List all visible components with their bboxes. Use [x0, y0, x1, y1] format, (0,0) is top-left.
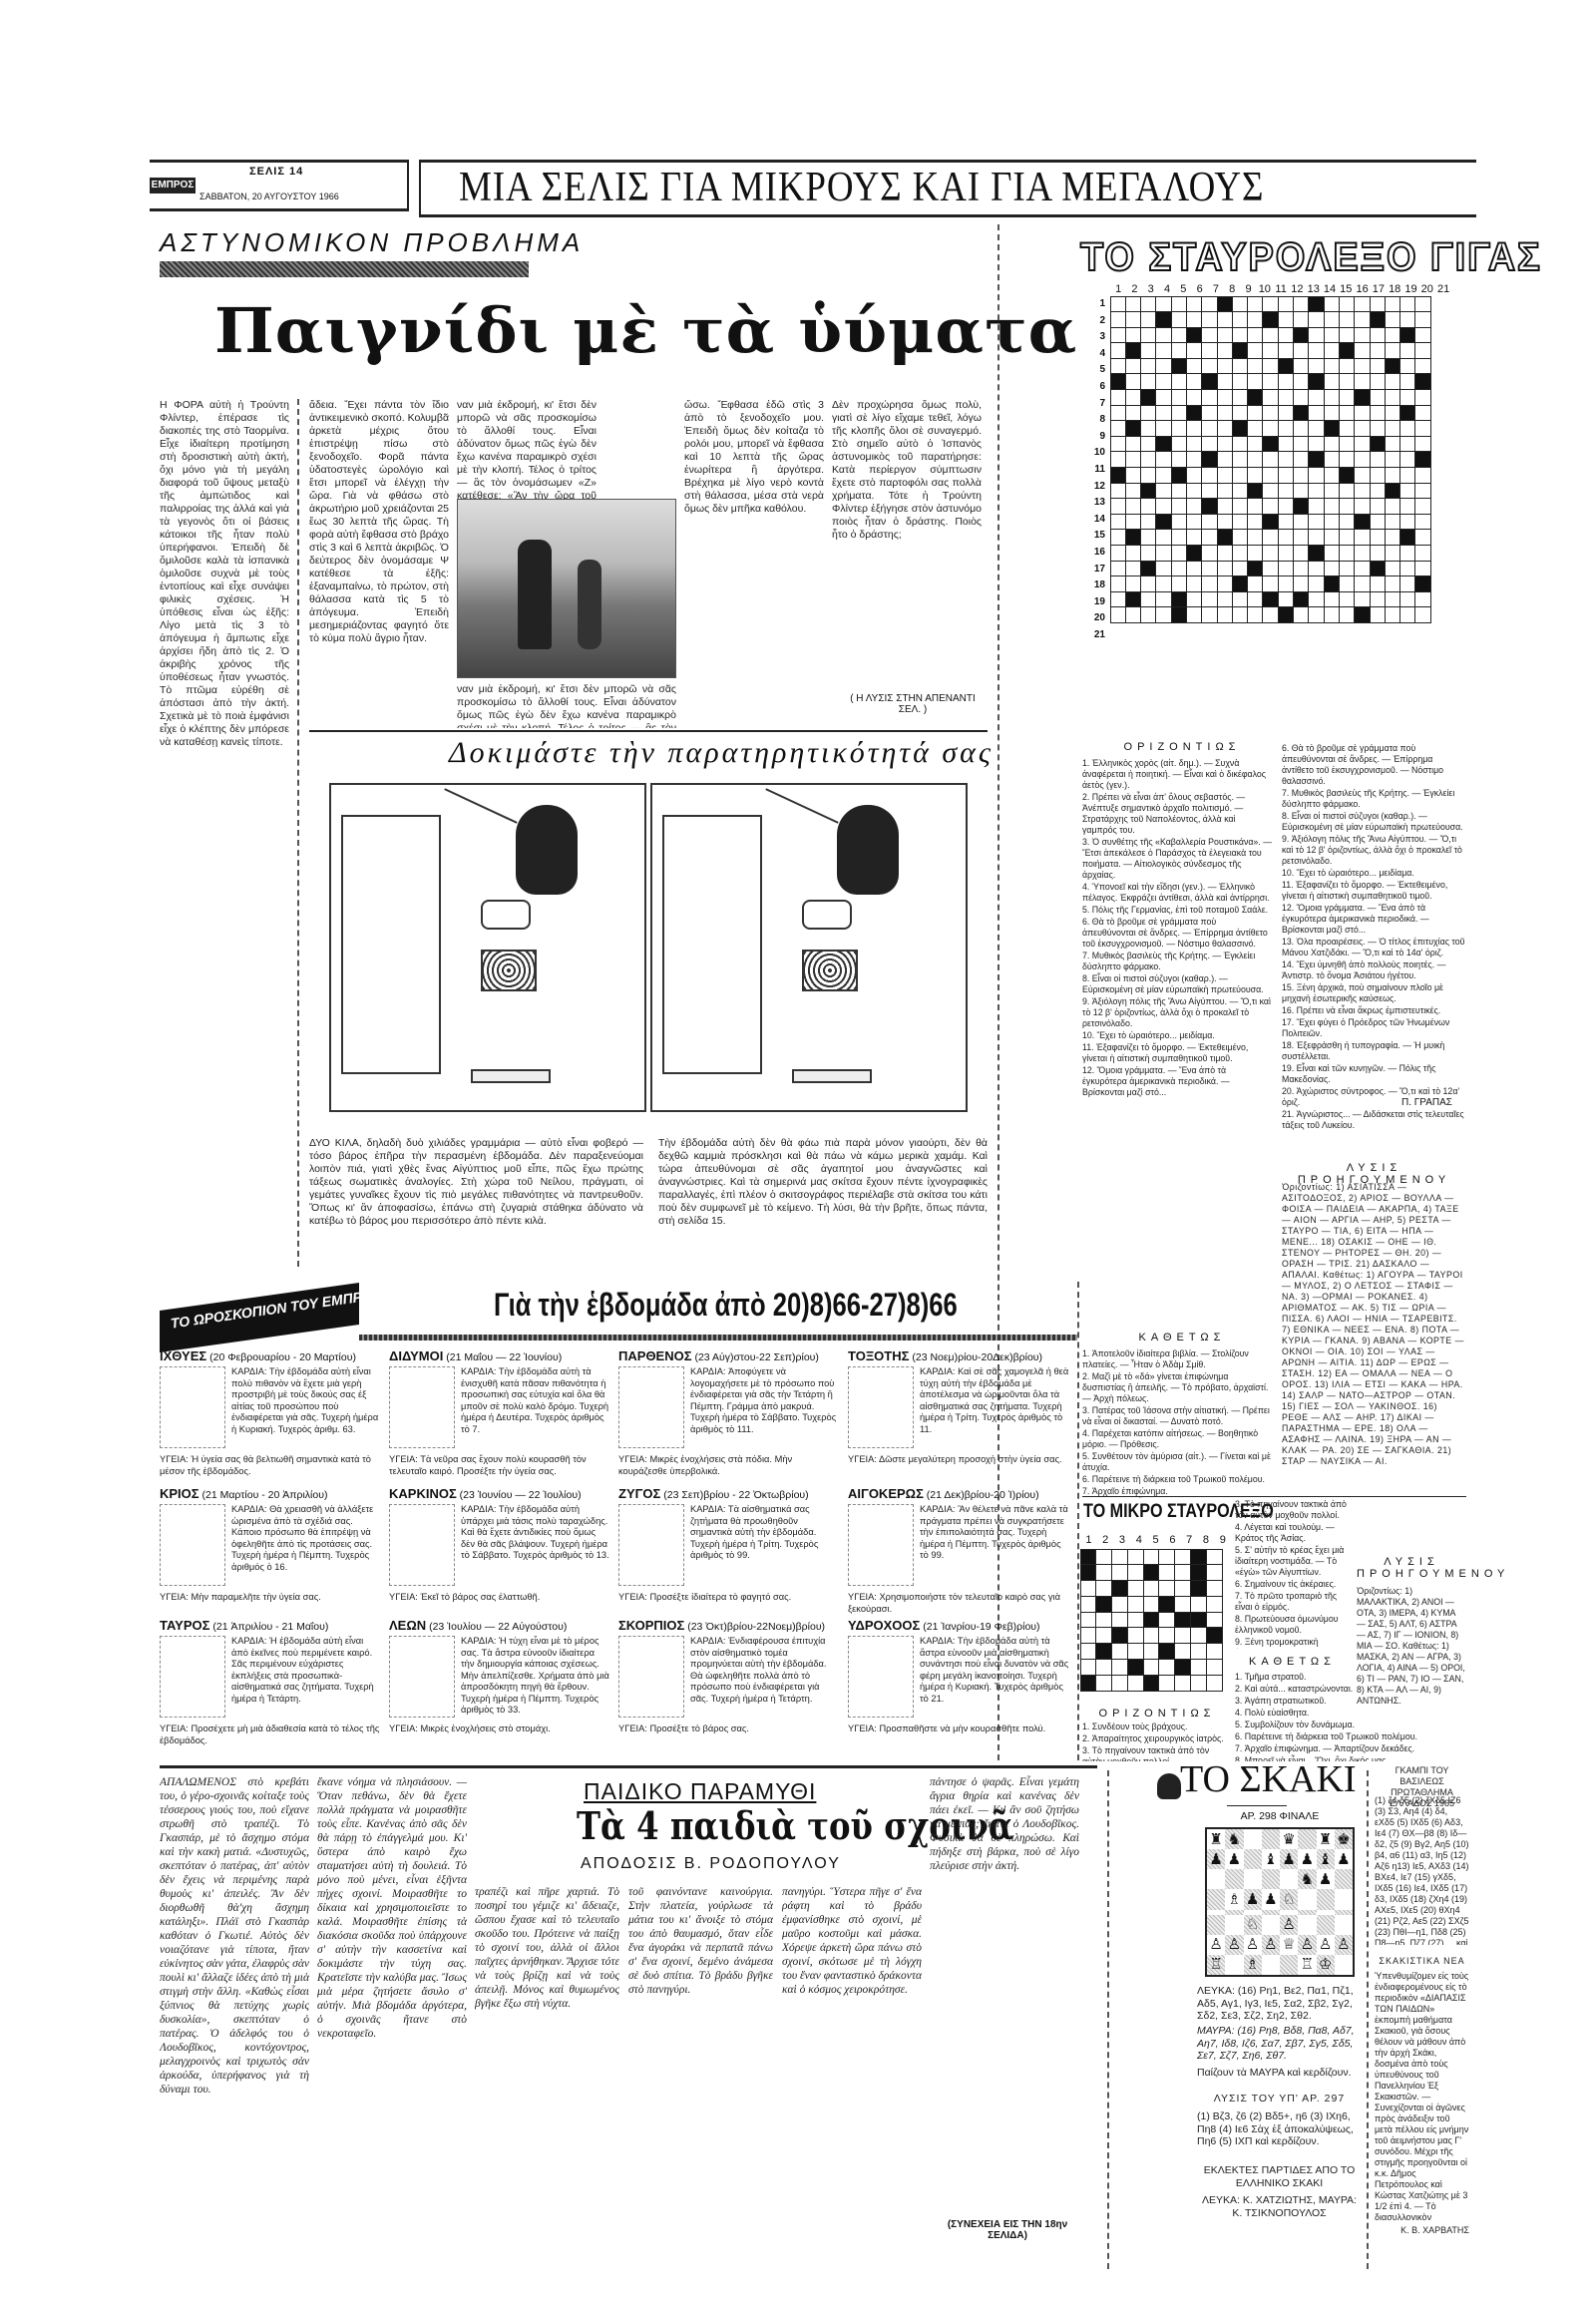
crossword-cell[interactable]: [1354, 373, 1370, 390]
crossword-cell[interactable]: [1278, 389, 1294, 406]
crossword-cell[interactable]: [1206, 1659, 1223, 1676]
crossword-cell[interactable]: [1278, 342, 1294, 359]
crossword-cell[interactable]: [1354, 529, 1370, 546]
chess-square[interactable]: ♚: [1335, 1829, 1353, 1849]
crossword-cell[interactable]: [1155, 420, 1171, 437]
crossword-cell[interactable]: [1324, 529, 1340, 546]
chess-square[interactable]: [1262, 1955, 1280, 1975]
crossword-cell[interactable]: [1278, 405, 1294, 422]
crossword-cell[interactable]: [1186, 591, 1202, 608]
crossword-cell[interactable]: [1354, 591, 1370, 608]
crossword-cell[interactable]: [1247, 405, 1263, 422]
crossword-cell[interactable]: [1201, 483, 1217, 500]
crossword-cell[interactable]: [1293, 545, 1309, 562]
chess-square[interactable]: ♟: [1244, 1889, 1262, 1909]
crossword-cell[interactable]: [1370, 575, 1386, 592]
crossword-cell[interactable]: [1339, 373, 1355, 390]
crossword-cell[interactable]: [1308, 529, 1324, 546]
crossword-cell[interactable]: [1232, 591, 1248, 608]
crossword-cell[interactable]: [1140, 358, 1156, 375]
crossword-cell[interactable]: [1143, 1596, 1160, 1613]
crossword-cell[interactable]: [1293, 575, 1309, 592]
crossword-cell[interactable]: [1125, 606, 1141, 623]
crossword-cell[interactable]: [1247, 358, 1263, 375]
crossword-cell[interactable]: [1399, 561, 1415, 577]
crossword-cell[interactable]: [1370, 358, 1386, 375]
crossword-cell[interactable]: [1354, 561, 1370, 577]
crossword-cell[interactable]: [1247, 311, 1263, 328]
crossword-cell[interactable]: [1110, 591, 1126, 608]
crossword-cell[interactable]: [1155, 591, 1171, 608]
crossword-cell[interactable]: [1308, 342, 1324, 359]
crossword-cell[interactable]: [1140, 342, 1156, 359]
crossword-cell[interactable]: [1293, 373, 1309, 390]
crossword-cell[interactable]: [1217, 561, 1233, 577]
crossword-cell[interactable]: [1217, 342, 1233, 359]
crossword-cell[interactable]: [1339, 575, 1355, 592]
crossword-cell[interactable]: [1278, 373, 1294, 390]
crossword-cell[interactable]: [1414, 342, 1430, 359]
chess-square[interactable]: ♟: [1317, 1869, 1335, 1889]
chess-square[interactable]: ♟: [1298, 1849, 1316, 1869]
crossword-cell[interactable]: [1171, 575, 1187, 592]
chess-square[interactable]: ♙: [1335, 1935, 1353, 1955]
crossword-cell[interactable]: [1414, 358, 1430, 375]
crossword-cell[interactable]: [1232, 545, 1248, 562]
crossword-cell[interactable]: [1110, 545, 1126, 562]
crossword-cell[interactable]: [1201, 405, 1217, 422]
crossword-cell[interactable]: [1339, 591, 1355, 608]
chess-square[interactable]: [1298, 1829, 1316, 1849]
crossword-cell[interactable]: [1308, 575, 1324, 592]
crossword-cell[interactable]: [1414, 606, 1430, 623]
chess-square[interactable]: ♟: [1262, 1889, 1280, 1909]
crossword-cell[interactable]: [1140, 514, 1156, 531]
crossword-cell[interactable]: [1262, 561, 1278, 577]
crossword-cell[interactable]: [1171, 545, 1187, 562]
crossword-cell[interactable]: [1370, 545, 1386, 562]
chess-square[interactable]: [1298, 1915, 1316, 1935]
crossword-cell[interactable]: [1324, 405, 1340, 422]
crossword-cell[interactable]: [1262, 373, 1278, 390]
chess-square[interactable]: ♟: [1335, 1849, 1353, 1869]
crossword-cell[interactable]: [1262, 296, 1278, 313]
crossword-cell[interactable]: [1339, 561, 1355, 577]
crossword-cell[interactable]: [1354, 420, 1370, 437]
crossword-cell[interactable]: [1278, 451, 1294, 468]
chess-square[interactable]: ♖: [1298, 1955, 1316, 1975]
crossword-cell[interactable]: [1293, 529, 1309, 546]
crossword-cell[interactable]: [1232, 405, 1248, 422]
crossword-cell[interactable]: [1171, 561, 1187, 577]
crossword-cell[interactable]: [1370, 514, 1386, 531]
crossword-cell[interactable]: [1232, 514, 1248, 531]
crossword-cell[interactable]: [1140, 296, 1156, 313]
crossword-cell[interactable]: [1171, 327, 1187, 344]
crossword-cell[interactable]: [1171, 436, 1187, 453]
crossword-cell[interactable]: [1308, 405, 1324, 422]
crossword-cell[interactable]: [1174, 1549, 1191, 1566]
crossword-cell[interactable]: [1206, 1549, 1223, 1566]
crossword-cell[interactable]: [1110, 389, 1126, 406]
crossword-cell[interactable]: [1232, 373, 1248, 390]
chess-square[interactable]: [1207, 1869, 1225, 1889]
crossword-cell[interactable]: [1293, 436, 1309, 453]
chess-square[interactable]: [1280, 1955, 1298, 1975]
crossword-cell[interactable]: [1370, 606, 1386, 623]
crossword-cell[interactable]: [1127, 1580, 1144, 1597]
crossword-cell[interactable]: [1127, 1643, 1144, 1660]
crossword-cell[interactable]: [1247, 327, 1263, 344]
crossword-cell[interactable]: [1247, 373, 1263, 390]
crossword-cell[interactable]: [1143, 1549, 1160, 1566]
crossword-cell[interactable]: [1217, 389, 1233, 406]
crossword-cell[interactable]: [1158, 1549, 1175, 1566]
crossword-cell[interactable]: [1308, 436, 1324, 453]
crossword-cell[interactable]: [1155, 296, 1171, 313]
crossword-cell[interactable]: [1370, 389, 1386, 406]
crossword-cell[interactable]: [1354, 327, 1370, 344]
crossword-cell[interactable]: [1339, 498, 1355, 515]
crossword-cell[interactable]: [1186, 358, 1202, 375]
crossword-cell[interactable]: [1217, 436, 1233, 453]
crossword-cell[interactable]: [1080, 1580, 1097, 1597]
crossword-cell[interactable]: [1171, 311, 1187, 328]
crossword-cell[interactable]: [1308, 606, 1324, 623]
crossword-cell[interactable]: [1201, 327, 1217, 344]
chess-square[interactable]: [1335, 1955, 1353, 1975]
crossword-cell[interactable]: [1247, 529, 1263, 546]
crossword-cell[interactable]: [1262, 606, 1278, 623]
crossword-cell[interactable]: [1399, 389, 1415, 406]
crossword-cell[interactable]: [1262, 545, 1278, 562]
crossword-cell[interactable]: [1127, 1596, 1144, 1613]
crossword-cell[interactable]: [1278, 327, 1294, 344]
crossword-cell[interactable]: [1247, 451, 1263, 468]
crossword-cell[interactable]: [1370, 591, 1386, 608]
crossword-cell[interactable]: [1095, 1580, 1112, 1597]
crossword-cell[interactable]: [1155, 373, 1171, 390]
crossword-cell[interactable]: [1206, 1580, 1223, 1597]
crossword-cell[interactable]: [1232, 483, 1248, 500]
crossword-cell[interactable]: [1095, 1627, 1112, 1644]
crossword-cell[interactable]: [1110, 498, 1126, 515]
crossword-cell[interactable]: [1370, 498, 1386, 515]
crossword-cell[interactable]: [1201, 389, 1217, 406]
crossword-cell[interactable]: [1308, 561, 1324, 577]
crossword-cell[interactable]: [1186, 311, 1202, 328]
crossword-cell[interactable]: [1125, 373, 1141, 390]
crossword-cell[interactable]: [1308, 514, 1324, 531]
crossword-cell[interactable]: [1308, 358, 1324, 375]
crossword-cell[interactable]: [1370, 327, 1386, 344]
crossword-cell[interactable]: [1111, 1612, 1128, 1629]
crossword-cell[interactable]: [1158, 1580, 1175, 1597]
crossword-cell[interactable]: [1399, 606, 1415, 623]
crossword-cell[interactable]: [1171, 514, 1187, 531]
crossword-cell[interactable]: [1339, 606, 1355, 623]
chess-square[interactable]: ♖: [1207, 1955, 1225, 1975]
crossword-cell[interactable]: [1414, 296, 1430, 313]
crossword-cell[interactable]: [1110, 311, 1126, 328]
chess-square[interactable]: [1335, 1869, 1353, 1889]
crossword-cell[interactable]: [1385, 467, 1400, 484]
crossword-cell[interactable]: [1247, 296, 1263, 313]
crossword-cell[interactable]: [1143, 1659, 1160, 1676]
crossword-cell[interactable]: [1201, 606, 1217, 623]
crossword-cell[interactable]: [1414, 420, 1430, 437]
chess-square[interactable]: [1298, 1889, 1316, 1909]
crossword-cell[interactable]: [1293, 514, 1309, 531]
crossword-cell[interactable]: [1308, 591, 1324, 608]
crossword-cell[interactable]: [1247, 545, 1263, 562]
chess-square[interactable]: [1207, 1889, 1225, 1909]
crossword-cell[interactable]: [1206, 1643, 1223, 1660]
crossword-cell[interactable]: [1111, 1675, 1128, 1692]
crossword-cell[interactable]: [1155, 342, 1171, 359]
crossword-cell[interactable]: [1186, 606, 1202, 623]
crossword-cell[interactable]: [1155, 561, 1171, 577]
crossword-cell[interactable]: [1247, 514, 1263, 531]
chess-square[interactable]: ♙: [1225, 1935, 1243, 1955]
crossword-cell[interactable]: [1278, 529, 1294, 546]
crossword-cell[interactable]: [1308, 420, 1324, 437]
crossword-cell[interactable]: [1125, 327, 1141, 344]
crossword-cell[interactable]: [1293, 606, 1309, 623]
crossword-cell[interactable]: [1247, 498, 1263, 515]
crossword-cell[interactable]: [1324, 436, 1340, 453]
crossword-cell[interactable]: [1201, 420, 1217, 437]
crossword-cell[interactable]: [1201, 358, 1217, 375]
crossword-cell[interactable]: [1399, 296, 1415, 313]
chess-square[interactable]: ♟: [1280, 1849, 1298, 1869]
crossword-cell[interactable]: [1201, 514, 1217, 531]
crossword-cell[interactable]: [1127, 1627, 1144, 1644]
crossword-cell[interactable]: [1110, 327, 1126, 344]
crossword-cell[interactable]: [1385, 342, 1400, 359]
crossword-cell[interactable]: [1155, 451, 1171, 468]
crossword-cell[interactable]: [1293, 389, 1309, 406]
crossword-cell[interactable]: [1399, 498, 1415, 515]
crossword-cell[interactable]: [1414, 436, 1430, 453]
chess-square[interactable]: ♞: [1298, 1869, 1316, 1889]
crossword-cell[interactable]: [1324, 311, 1340, 328]
crossword-cell[interactable]: [1095, 1675, 1112, 1692]
crossword-cell[interactable]: [1262, 405, 1278, 422]
crossword-cell[interactable]: [1190, 1596, 1207, 1613]
chess-square[interactable]: ♟: [1207, 1849, 1225, 1869]
crossword-cell[interactable]: [1171, 451, 1187, 468]
crossword-cell[interactable]: [1110, 296, 1126, 313]
crossword-cell[interactable]: [1414, 591, 1430, 608]
crossword-cell[interactable]: [1080, 1612, 1097, 1629]
chess-square[interactable]: ♙: [1317, 1935, 1335, 1955]
crossword-cell[interactable]: [1217, 498, 1233, 515]
crossword-cell[interactable]: [1110, 514, 1126, 531]
crossword-cell[interactable]: [1111, 1643, 1128, 1660]
chess-square[interactable]: ♙: [1244, 1935, 1262, 1955]
crossword-cell[interactable]: [1201, 591, 1217, 608]
crossword-cell[interactable]: [1414, 498, 1430, 515]
crossword-cell[interactable]: [1278, 545, 1294, 562]
crossword-cell[interactable]: [1262, 529, 1278, 546]
crossword-cell[interactable]: [1155, 575, 1171, 592]
crossword-cell[interactable]: [1080, 1659, 1097, 1676]
crossword-cell[interactable]: [1143, 1580, 1160, 1597]
crossword-cell[interactable]: [1158, 1612, 1175, 1629]
chess-square[interactable]: ♟: [1225, 1849, 1243, 1869]
crossword-cell[interactable]: [1125, 545, 1141, 562]
chess-square[interactable]: ♜: [1207, 1829, 1225, 1849]
chess-square[interactable]: ♞: [1225, 1829, 1243, 1849]
crossword-cell[interactable]: [1158, 1627, 1175, 1644]
crossword-cell[interactable]: [1111, 1659, 1128, 1676]
crossword-cell[interactable]: [1324, 358, 1340, 375]
crossword-cell[interactable]: [1278, 296, 1294, 313]
crossword-cell[interactable]: [1110, 405, 1126, 422]
crossword-cell[interactable]: [1140, 529, 1156, 546]
crossword-cell[interactable]: [1370, 451, 1386, 468]
crossword-cell[interactable]: [1232, 358, 1248, 375]
chess-square[interactable]: [1335, 1915, 1353, 1935]
crossword-cell[interactable]: [1186, 575, 1202, 592]
chess-square[interactable]: [1317, 1889, 1335, 1909]
crossword-cell[interactable]: [1125, 451, 1141, 468]
crossword-cell[interactable]: [1140, 451, 1156, 468]
crossword-cell[interactable]: [1140, 591, 1156, 608]
crossword-cell[interactable]: [1247, 467, 1263, 484]
crossword-cell[interactable]: [1278, 561, 1294, 577]
crossword-cell[interactable]: [1190, 1675, 1207, 1692]
crossword-cell[interactable]: [1127, 1612, 1144, 1629]
crossword-cell[interactable]: [1206, 1612, 1223, 1629]
crossword-cell[interactable]: [1217, 420, 1233, 437]
crossword-cell[interactable]: [1247, 436, 1263, 453]
crossword-cell[interactable]: [1125, 498, 1141, 515]
crossword-cell[interactable]: [1370, 483, 1386, 500]
crossword-cell[interactable]: [1186, 529, 1202, 546]
crossword-cell[interactable]: [1201, 545, 1217, 562]
crossword-cell[interactable]: [1414, 561, 1430, 577]
chess-square[interactable]: [1225, 1869, 1243, 1889]
crossword-cell[interactable]: [1232, 606, 1248, 623]
crossword-cell[interactable]: [1186, 498, 1202, 515]
crossword-cell[interactable]: [1385, 575, 1400, 592]
crossword-cell[interactable]: [1201, 296, 1217, 313]
crossword-cell[interactable]: [1140, 311, 1156, 328]
crossword-cell[interactable]: [1140, 606, 1156, 623]
chess-square[interactable]: ♛: [1280, 1829, 1298, 1849]
crossword-cell[interactable]: [1354, 467, 1370, 484]
crossword-cell[interactable]: [1095, 1612, 1112, 1629]
crossword-cell[interactable]: [1247, 342, 1263, 359]
crossword-cell[interactable]: [1174, 1564, 1191, 1581]
crossword-cell[interactable]: [1080, 1643, 1097, 1660]
crossword-cell[interactable]: [1385, 591, 1400, 608]
crossword-cell[interactable]: [1110, 436, 1126, 453]
crossword-cell[interactable]: [1110, 420, 1126, 437]
crossword-cell[interactable]: [1125, 561, 1141, 577]
crossword-cell[interactable]: [1324, 373, 1340, 390]
crossword-cell[interactable]: [1324, 606, 1340, 623]
crossword-cell[interactable]: [1354, 342, 1370, 359]
crossword-cell[interactable]: [1293, 342, 1309, 359]
crossword-cell[interactable]: [1324, 451, 1340, 468]
crossword-cell[interactable]: [1143, 1627, 1160, 1644]
crossword-cell[interactable]: [1232, 529, 1248, 546]
crossword-cell[interactable]: [1385, 311, 1400, 328]
crossword-cell[interactable]: [1324, 591, 1340, 608]
crossword-cell[interactable]: [1278, 467, 1294, 484]
crossword-cell[interactable]: [1399, 342, 1415, 359]
crossword-cell[interactable]: [1262, 389, 1278, 406]
crossword-cell[interactable]: [1125, 483, 1141, 500]
crossword-cell[interactable]: [1339, 296, 1355, 313]
crossword-cell[interactable]: [1201, 561, 1217, 577]
crossword-cell[interactable]: [1201, 575, 1217, 592]
crossword-cell[interactable]: [1385, 420, 1400, 437]
crossword-cell[interactable]: [1217, 467, 1233, 484]
crossword-cell[interactable]: [1080, 1627, 1097, 1644]
crossword-cell[interactable]: [1217, 545, 1233, 562]
crossword-cell[interactable]: [1110, 358, 1126, 375]
crossword-cell[interactable]: [1354, 545, 1370, 562]
crossword-cell[interactable]: [1385, 436, 1400, 453]
crossword-cell[interactable]: [1414, 545, 1430, 562]
crossword-cell[interactable]: [1385, 373, 1400, 390]
chess-square[interactable]: [1207, 1915, 1225, 1935]
crossword-cell[interactable]: [1324, 327, 1340, 344]
crossword-cell[interactable]: [1186, 389, 1202, 406]
crossword-cell[interactable]: [1308, 498, 1324, 515]
crossword-cell[interactable]: [1293, 467, 1309, 484]
crossword-cell[interactable]: [1174, 1675, 1191, 1692]
crossword-cell[interactable]: [1217, 373, 1233, 390]
crossword-cell[interactable]: [1206, 1596, 1223, 1613]
crossword-cell[interactable]: [1080, 1596, 1097, 1613]
crossword-cell[interactable]: [1339, 327, 1355, 344]
crossword-cell[interactable]: [1324, 296, 1340, 313]
crossword-cell[interactable]: [1262, 498, 1278, 515]
crossword-cell[interactable]: [1370, 296, 1386, 313]
chess-square[interactable]: ♘: [1244, 1915, 1262, 1935]
crossword-cell[interactable]: [1217, 591, 1233, 608]
crossword-cell[interactable]: [1339, 311, 1355, 328]
crossword-cell[interactable]: [1125, 311, 1141, 328]
crossword-cell[interactable]: [1232, 389, 1248, 406]
crossword-cell[interactable]: [1155, 498, 1171, 515]
crossword-cell[interactable]: [1308, 311, 1324, 328]
crossword-cell[interactable]: [1370, 529, 1386, 546]
crossword-cell[interactable]: [1293, 483, 1309, 500]
crossword-cell[interactable]: [1158, 1675, 1175, 1692]
crossword-cell[interactable]: [1414, 514, 1430, 531]
chess-square[interactable]: [1280, 1869, 1298, 1889]
chess-square[interactable]: [1225, 1955, 1243, 1975]
crossword-cell[interactable]: [1186, 296, 1202, 313]
crossword-cell[interactable]: [1232, 311, 1248, 328]
crossword-cell[interactable]: [1308, 483, 1324, 500]
crossword-cell[interactable]: [1354, 436, 1370, 453]
crossword-cell[interactable]: [1186, 436, 1202, 453]
crossword-cell[interactable]: [1247, 420, 1263, 437]
crossword-cell[interactable]: [1293, 561, 1309, 577]
crossword-cell[interactable]: [1385, 529, 1400, 546]
crossword-cell[interactable]: [1140, 467, 1156, 484]
crossword-cell[interactable]: [1186, 373, 1202, 390]
crossword-cell[interactable]: [1155, 606, 1171, 623]
crossword-cell[interactable]: [1127, 1549, 1144, 1566]
